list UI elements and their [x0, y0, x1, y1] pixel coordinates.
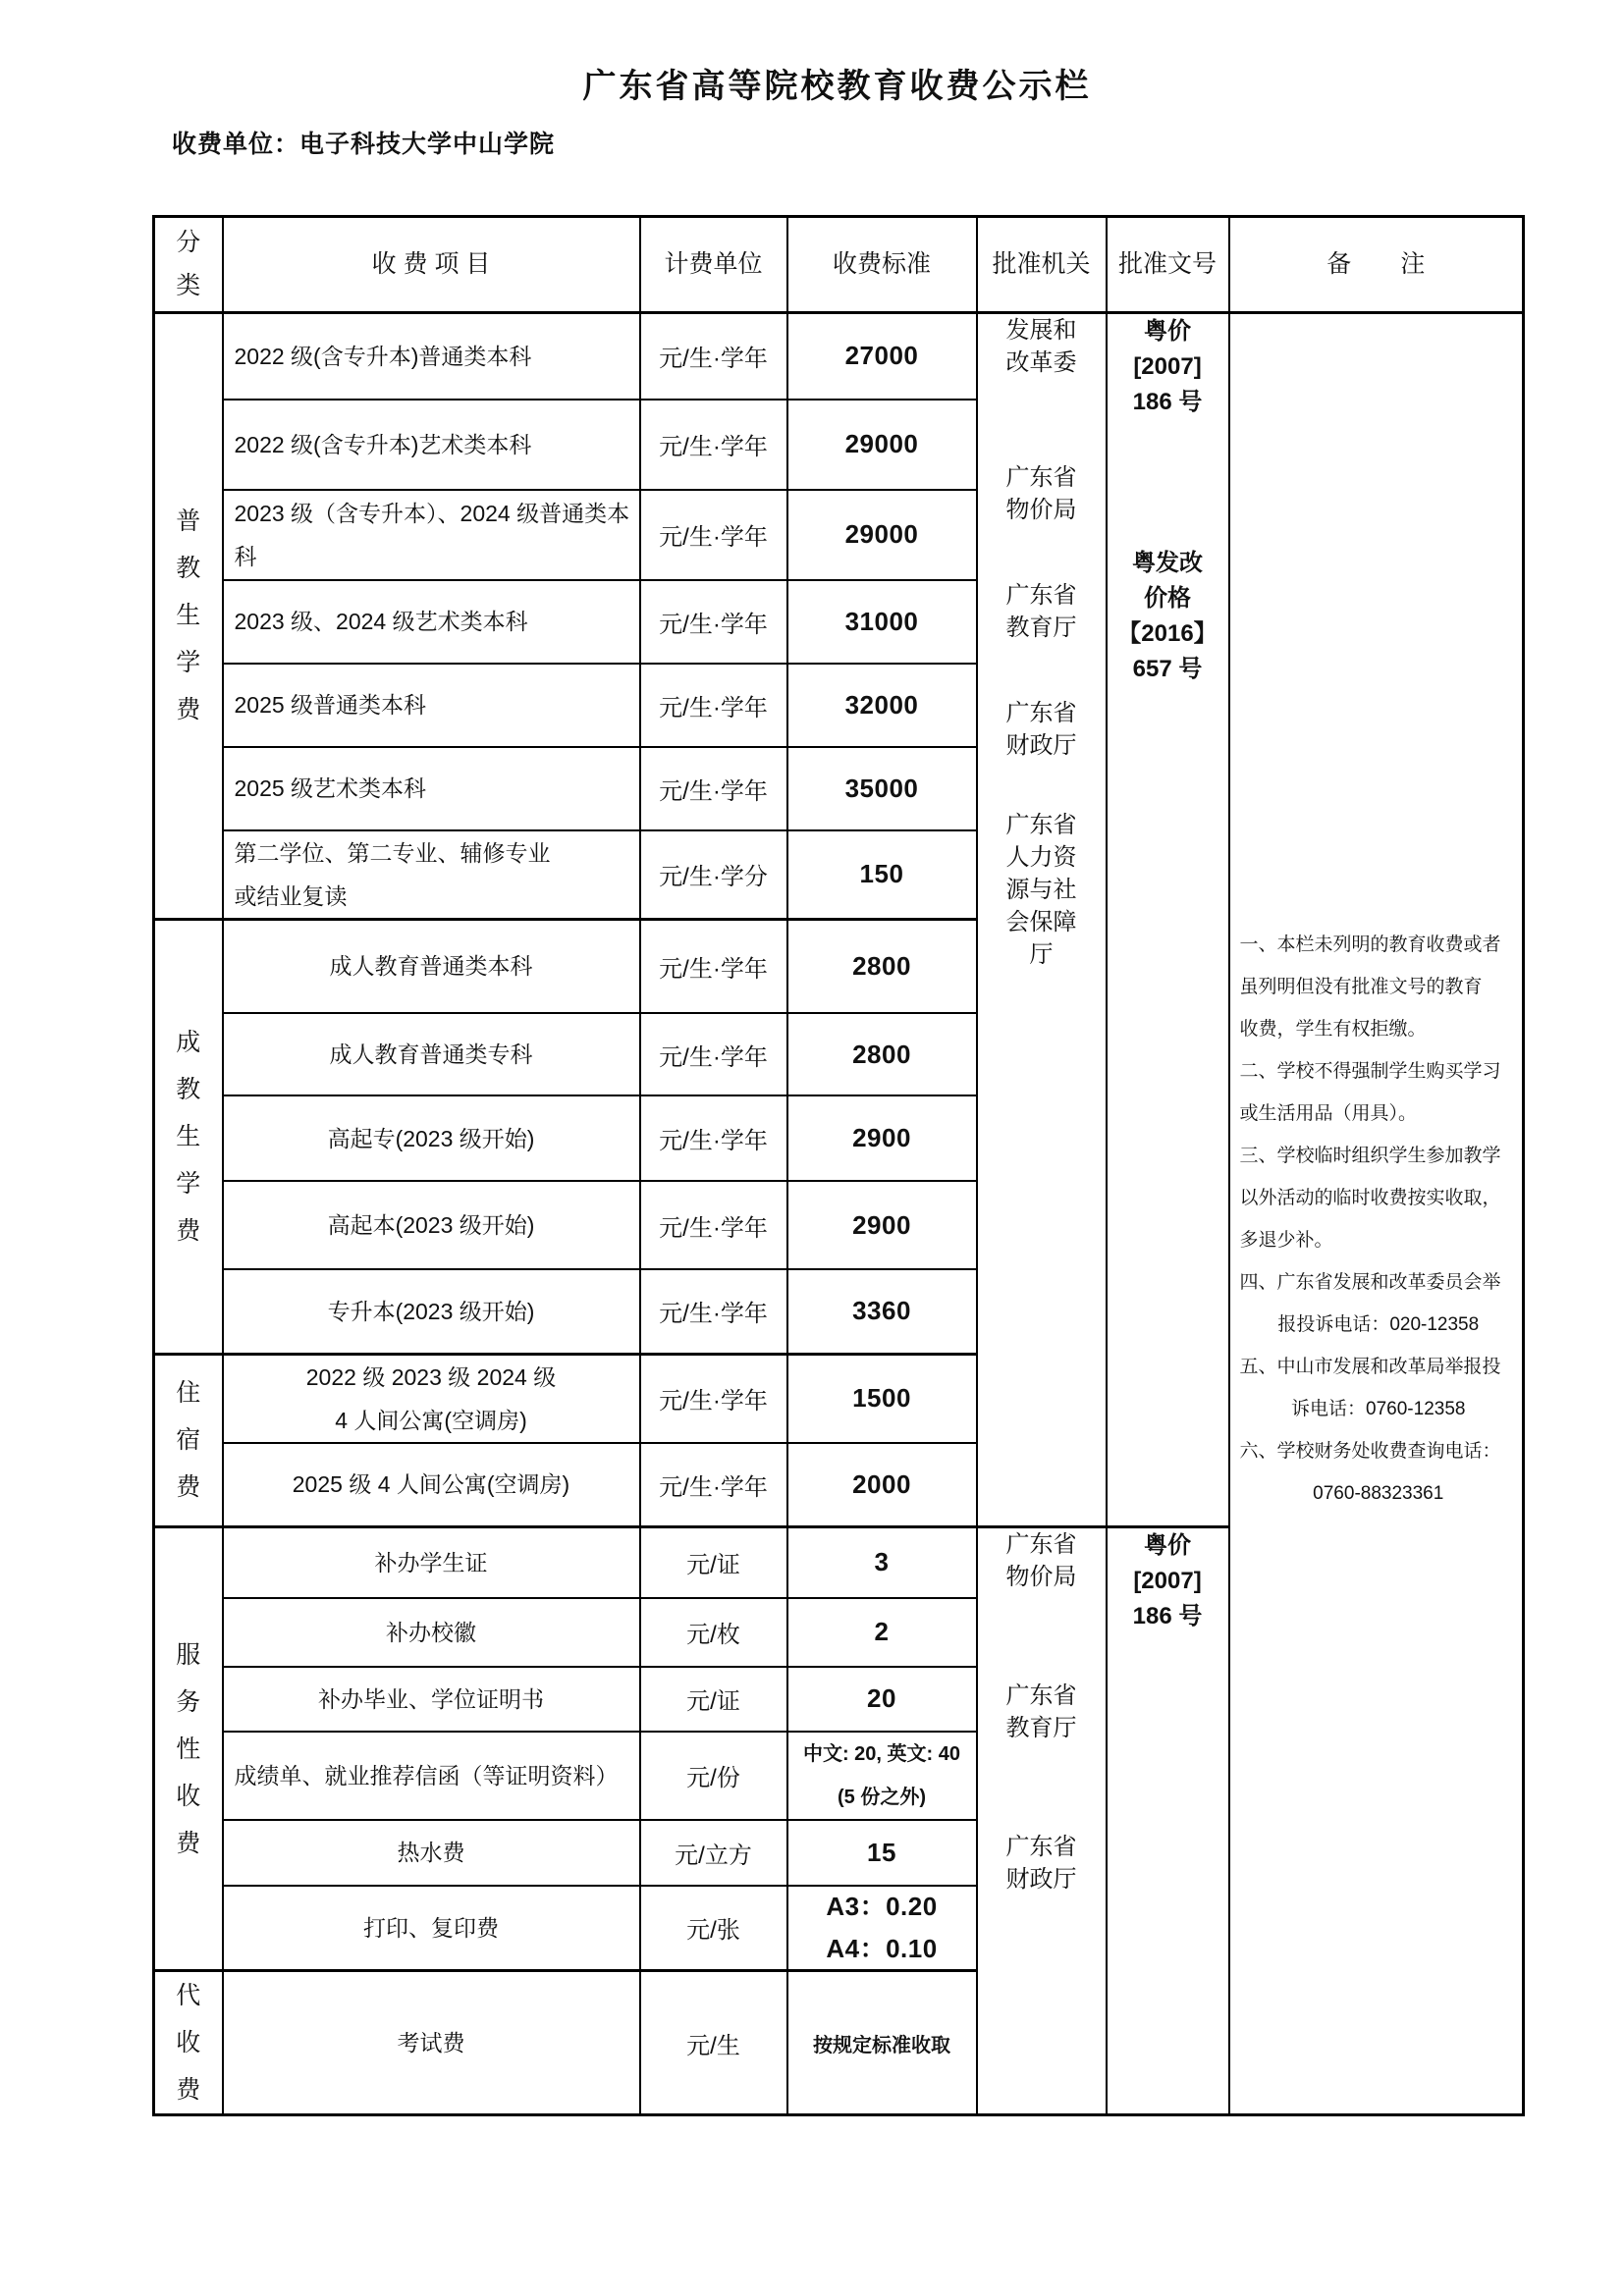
fee-item: 成人教育普通类本科	[223, 919, 640, 1013]
billing-unit: 元/生·学年	[640, 1181, 787, 1269]
approval-authority-cell: 发展和改革委广东省物价局广东省教育厅广东省财政厅广东省人力资源与社会保障厅	[977, 313, 1107, 1527]
category-accommodation-fee: 住宿费	[154, 1354, 223, 1527]
remark-line: 0760-88323361	[1240, 1472, 1518, 1515]
fee-item: 2025 级普通类本科	[223, 664, 640, 747]
remark-line: 二、学校不得强制学生购买学习	[1240, 1050, 1518, 1093]
authority-name: 发展和改革委	[978, 314, 1106, 379]
fee-item: 2025 级 4 人间公寓(空调房)	[223, 1443, 640, 1527]
fee-table: 分类收 费 项 目计费单位收费标准批准机关批准文号备 注 普教生学费2022 级…	[152, 215, 1525, 2116]
fee-item: 补办校徽	[223, 1598, 640, 1667]
billing-unit: 元/生·学年	[640, 1354, 787, 1443]
fee-standard: 2800	[787, 919, 977, 1013]
category-collection-fees: 代收费	[154, 1971, 223, 2115]
billing-unit: 元/生·学年	[640, 664, 787, 747]
fee-standard-line: (5 份之外)	[788, 1786, 976, 1809]
billing-unit: 元/立方	[640, 1820, 787, 1886]
fee-item: 第二学位、第二专业、辅修专业或结业复读	[223, 830, 640, 920]
billing-unit: 元/生·学年	[640, 747, 787, 830]
authority-name: 广东省财政厅	[978, 697, 1106, 762]
remark-line: 一、本栏未列明的教育收费或者	[1240, 924, 1518, 966]
fee-standard: 2	[787, 1598, 977, 1667]
fee-item: 补办学生证	[223, 1527, 640, 1598]
billing-unit: 元/生·学年	[640, 1095, 787, 1181]
remark-line: 诉电话：0760-12358	[1240, 1388, 1518, 1430]
fee-standard: 2900	[787, 1095, 977, 1181]
billing-unit: 元/生·学年	[640, 400, 787, 490]
fee-standard: A3：0.20A4：0.10	[787, 1886, 977, 1971]
fee-item: 专升本(2023 级开始)	[223, 1269, 640, 1354]
fee-standard: 20	[787, 1667, 977, 1732]
fee-item: 高起专(2023 级开始)	[223, 1095, 640, 1181]
fee-standard: 2000	[787, 1443, 977, 1527]
remark-line: 以外活动的临时收费按实收取，	[1240, 1177, 1518, 1219]
billing-unit: 元/证	[640, 1667, 787, 1732]
billing-unit: 元/份	[640, 1732, 787, 1820]
fee-item: 热水费	[223, 1820, 640, 1886]
column-header-unit: 计费单位	[640, 217, 787, 313]
page-title: 广东省高等院校教育收费公示栏	[152, 59, 1522, 107]
header-row: 分类收 费 项 目计费单位收费标准批准机关批准文号备 注	[154, 217, 1524, 313]
fee-item: 2025 级艺术类本科	[223, 747, 640, 830]
remark-line: 虽列明但没有批准文号的教育	[1240, 966, 1518, 1008]
billing-unit: 元/生·学年	[640, 1443, 787, 1527]
billing-unit: 元/生·学分	[640, 830, 787, 920]
remark-line: 报投诉电话：020-12358	[1240, 1304, 1518, 1346]
fee-item: 打印、复印费	[223, 1886, 640, 1971]
authority-name: 广东省人力资源与社会保障厅	[978, 809, 1106, 971]
fee-standard: 15	[787, 1820, 977, 1886]
billing-unit: 元/生·学年	[640, 1013, 787, 1095]
column-header-standard: 收费标准	[787, 217, 977, 313]
fee-standard-line: A4：0.10	[788, 1934, 976, 1964]
fee-standard: 29000	[787, 490, 977, 580]
column-header-category: 分类	[154, 217, 223, 313]
fee-standard: 29000	[787, 400, 977, 490]
approval-authority-cell: 广东省物价局广东省教育厅广东省财政厅	[977, 1527, 1107, 2115]
remark-line: 或生活用品（用具）。	[1240, 1093, 1518, 1135]
fee-item: 2022 级 2023 级 2024 级4 人间公寓(空调房)	[223, 1354, 640, 1443]
fee-standard: 2800	[787, 1013, 977, 1095]
fee-item: 2022 级(含专升本)艺术类本科	[223, 400, 640, 490]
fee-standard: 35000	[787, 747, 977, 830]
fee-item: 2022 级(含专升本)普通类本科	[223, 313, 640, 400]
category-adult-student-tuition: 成教生学费	[154, 919, 223, 1354]
fee-item: 高起本(2023 级开始)	[223, 1181, 640, 1269]
remarks-cell: 一、本栏未列明的教育收费或者虽列明但没有批准文号的教育收费，学生有权拒缴。二、学…	[1229, 313, 1524, 2115]
fee-standard-line: A3：0.20	[788, 1892, 976, 1922]
column-header-doc-number: 批准文号	[1107, 217, 1229, 313]
billing-unit: 元/生	[640, 1971, 787, 2115]
billing-unit: 元/张	[640, 1886, 787, 1971]
authority-name: 广东省教育厅	[978, 1680, 1106, 1744]
authority-name: 广东省财政厅	[978, 1831, 1106, 1896]
authority-name: 广东省物价局	[978, 461, 1106, 526]
approval-doc-number-cell: 粤价[2007]186 号粤发改价格【2016】657 号	[1107, 313, 1229, 1527]
fee-item: 2023 级、2024 级艺术类本科	[223, 580, 640, 664]
fee-standard: 按规定标准收取	[787, 1971, 977, 2115]
page: 广东省高等院校教育收费公示栏 收费单位：电子科技大学中山学院 分类收 费 项 目…	[0, 0, 1624, 2296]
fee-item: 补办毕业、学位证明书	[223, 1667, 640, 1732]
column-header-authority: 批准机关	[977, 217, 1107, 313]
billing-unit: 元/生·学年	[640, 1269, 787, 1354]
fee-standard: 1500	[787, 1354, 977, 1443]
billing-unit: 元/证	[640, 1527, 787, 1598]
column-header-item: 收 费 项 目	[223, 217, 640, 313]
approval-doc-number-cell: 粤价[2007]186 号	[1107, 1527, 1229, 2115]
fee-standard: 3	[787, 1527, 977, 1598]
remark-line: 三、学校临时组织学生参加教学	[1240, 1135, 1518, 1177]
fee-standard-line: 中文: 20, 英文: 40	[788, 1742, 976, 1766]
fee-standard: 2900	[787, 1181, 977, 1269]
fee-item: 成人教育普通类专科	[223, 1013, 640, 1095]
fee-standard: 3360	[787, 1269, 977, 1354]
doc-number: 粤价[2007]186 号	[1108, 1528, 1228, 1634]
fee-row: 普教生学费2022 级(含专升本)普通类本科元/生·学年27000发展和改革委广…	[154, 313, 1524, 400]
authority-name: 广东省物价局	[978, 1528, 1106, 1593]
billing-unit: 元/生·学年	[640, 313, 787, 400]
column-header-remarks: 备 注	[1229, 217, 1524, 313]
fee-item: 成绩单、就业推荐信函（等证明资料）	[223, 1732, 640, 1820]
fee-item: 考试费	[223, 1971, 640, 2115]
billing-unit: 元/枚	[640, 1598, 787, 1667]
billing-unit: 元/生·学年	[640, 919, 787, 1013]
fee-standard: 150	[787, 830, 977, 920]
billing-unit: 元/生·学年	[640, 490, 787, 580]
fee-item: 2023 级（含专升本）、2024 级普通类本科	[223, 490, 640, 580]
remark-line: 六、学校财务处收费查询电话：	[1240, 1430, 1518, 1472]
category-service-fees: 服务性收费	[154, 1527, 223, 1971]
remark-line: 五、中山市发展和改革局举报投	[1240, 1346, 1518, 1388]
doc-number: 粤发改价格【2016】657 号	[1108, 546, 1228, 687]
fee-standard: 31000	[787, 580, 977, 664]
fee-standard: 中文: 20, 英文: 40(5 份之外)	[787, 1732, 977, 1820]
fee-standard: 27000	[787, 313, 977, 400]
remark-line: 收费，学生有权拒缴。	[1240, 1008, 1518, 1050]
doc-number: 粤价[2007]186 号	[1108, 314, 1228, 420]
remark-line: 多退少补。	[1240, 1219, 1518, 1261]
charging-unit-label: 收费单位：电子科技大学中山学院	[172, 125, 1624, 160]
remark-line: 四、广东省发展和改革委员会举	[1240, 1261, 1518, 1304]
fee-standard: 32000	[787, 664, 977, 747]
authority-name: 广东省教育厅	[978, 579, 1106, 644]
category-regular-student-tuition: 普教生学费	[154, 313, 223, 920]
billing-unit: 元/生·学年	[640, 580, 787, 664]
